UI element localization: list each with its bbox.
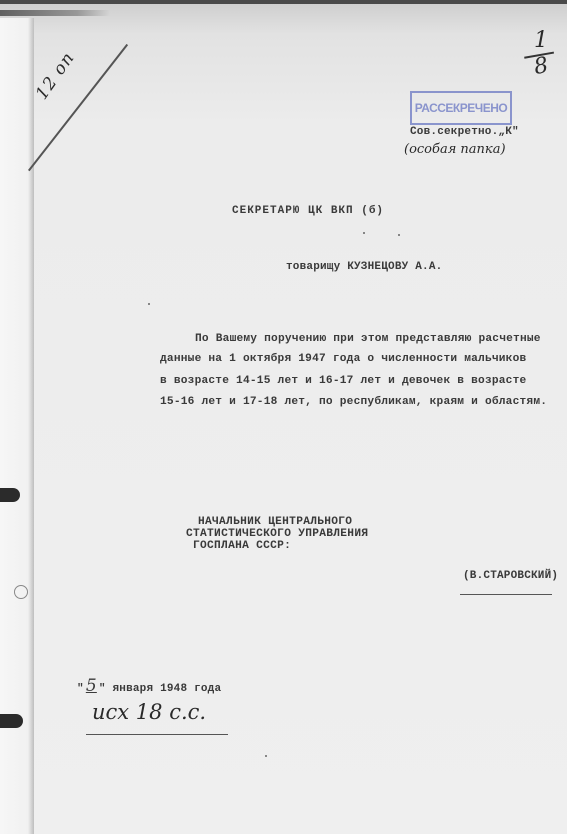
date-close-quote: " — [99, 683, 106, 695]
signatory-title-line: ГОСПЛАНА СССР: — [193, 540, 291, 552]
body-line: в возрасте 14-15 лет и 16-17 лет и девоч… — [160, 375, 526, 387]
binding-margin — [0, 18, 34, 834]
body-line: данные на 1 октября 1947 года о численно… — [160, 353, 526, 365]
signature-line — [460, 594, 552, 595]
outgoing-underline — [86, 734, 228, 735]
signatory-name: (В.СТАРОВСКИЙ) — [463, 570, 558, 582]
folio-page: 1 — [526, 30, 556, 52]
speck — [398, 234, 400, 236]
folio-sheet: 8 — [524, 52, 558, 81]
addressee-title: СЕКРЕТАРЮ ЦК ВКП (б) — [232, 205, 384, 217]
signatory-title-line: СТАТИСТИЧЕСКОГО УПРАВЛЕНИЯ — [186, 528, 368, 540]
folio-number: 1 8 — [526, 30, 556, 78]
document-date: "5" января 1948 года — [77, 676, 221, 696]
binding-hole — [0, 714, 23, 728]
binding-hole — [0, 488, 20, 502]
declassified-stamp: РАССЕКРЕЧЕНО — [410, 91, 512, 125]
speck — [148, 303, 150, 305]
scan-shadow — [0, 10, 110, 16]
signatory-title-line: НАЧАЛЬНИК ЦЕНТРАЛЬНОГО — [198, 516, 352, 528]
date-day: 5 — [84, 676, 99, 696]
body-line: По Вашему поручению при этом представляю… — [195, 333, 541, 345]
body-line: 15-16 лет и 17-18 лет, по республикам, к… — [160, 396, 547, 408]
outgoing-number: исх 18 с.с. — [92, 700, 206, 724]
classification-label: Сов.секретно.„К" — [410, 126, 519, 138]
classification-note: (особая папка) — [404, 142, 506, 157]
speck — [265, 755, 267, 757]
punch-mark — [14, 585, 28, 599]
date-open-quote: " — [77, 683, 84, 695]
date-month-year: января 1948 года — [112, 683, 221, 695]
speck — [363, 232, 365, 234]
addressee-name: товарищу КУЗНЕЦОВУ А.А. — [286, 261, 442, 273]
